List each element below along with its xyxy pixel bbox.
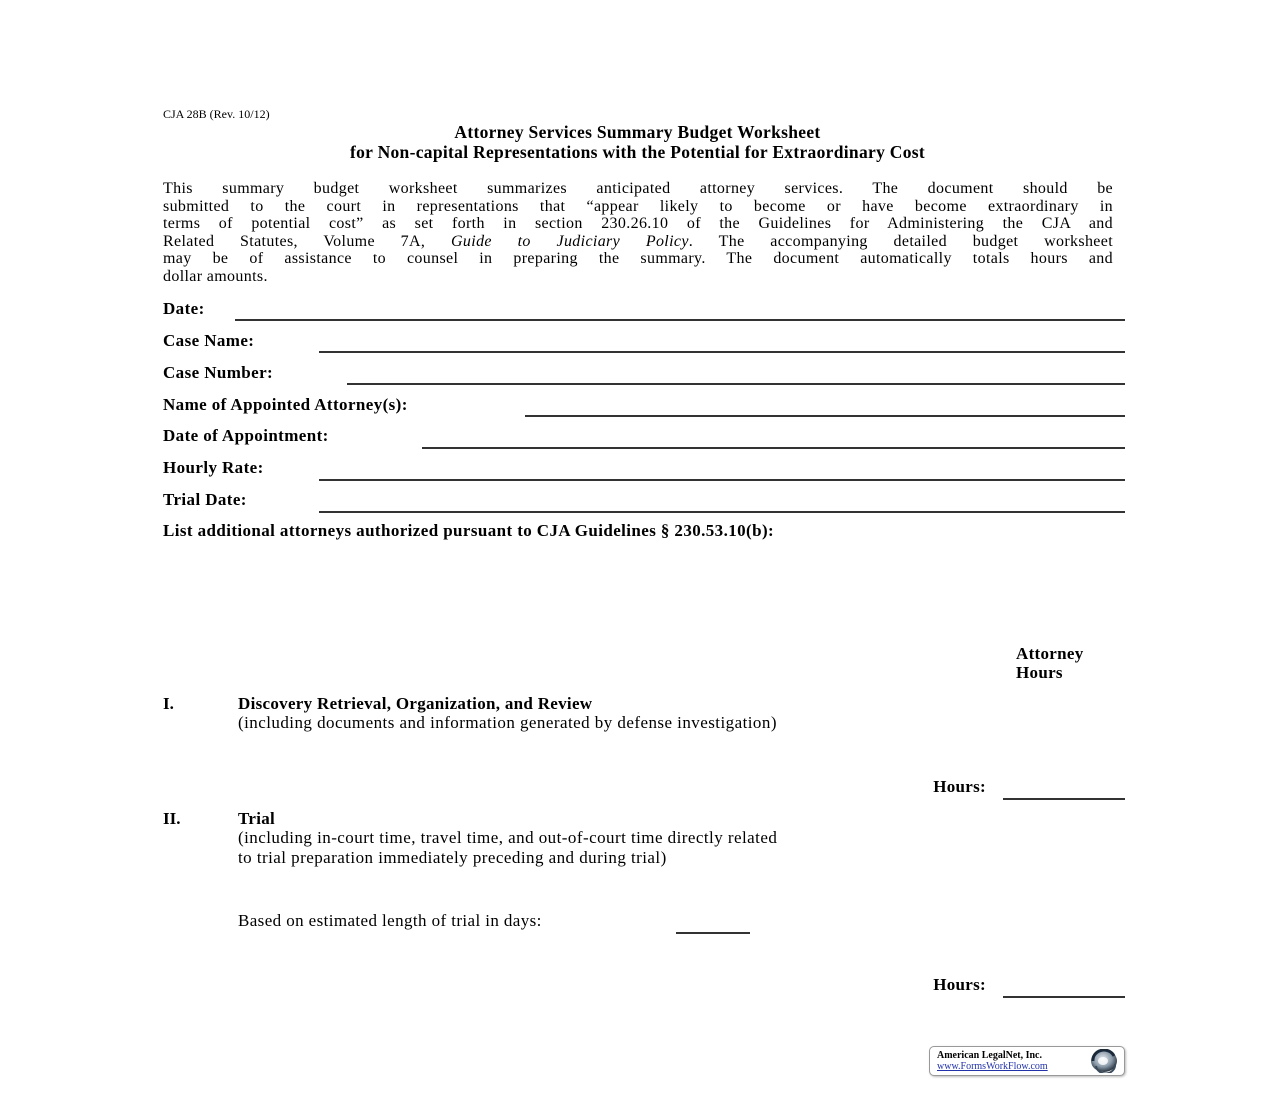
additional-attorneys-field[interactable] — [163, 548, 1125, 633]
discovery-hours-label: Hours: — [880, 777, 986, 797]
intro-text: Related Statutes, Volume 7A, — [163, 233, 451, 250]
column-header-line: Attorney — [1016, 644, 1084, 663]
hourly-rate-label: Hourly Rate: — [163, 458, 264, 478]
additional-attorneys-label: List additional attorneys authorized pur… — [163, 521, 774, 541]
intro-text: . The accompanying detailed budget works… — [689, 233, 1113, 250]
page-subtitle: for Non-capital Representations with the… — [0, 142, 1275, 163]
globe-logo-icon — [1088, 1049, 1120, 1073]
case-name-field[interactable] — [319, 351, 1125, 353]
intro-line: may be of assistance to counsel in prepa… — [163, 250, 1113, 268]
intro-line: submitted to the court in representation… — [163, 198, 1113, 216]
trial-date-label: Trial Date: — [163, 490, 247, 510]
section-description: (including in-court time, travel time, a… — [238, 828, 777, 867]
intro-line: terms of potential cost” as set forth in… — [163, 215, 1113, 233]
trial-days-label: Based on estimated length of trial in da… — [238, 911, 542, 931]
case-number-label: Case Number: — [163, 363, 273, 383]
guide-title: Guide to Judiciary Policy — [451, 233, 689, 250]
discovery-hours-field[interactable] — [1003, 798, 1125, 800]
trial-hours-label: Hours: — [880, 975, 986, 995]
appointed-attorneys-field[interactable] — [525, 415, 1125, 417]
appointed-attorneys-label: Name of Appointed Attorney(s): — [163, 395, 408, 415]
trial-hours-field[interactable] — [1003, 996, 1125, 998]
section-description-line: (including in-court time, travel time, a… — [238, 828, 777, 848]
case-name-label: Case Name: — [163, 331, 254, 351]
intro-paragraph: This summary budget worksheet summarizes… — [163, 180, 1113, 286]
date-field[interactable] — [235, 319, 1125, 321]
trial-date-field[interactable] — [319, 511, 1125, 513]
section-description: (including documents and information gen… — [238, 713, 777, 733]
form-id: CJA 28B (Rev. 10/12) — [163, 107, 270, 122]
hourly-rate-field[interactable] — [319, 479, 1125, 481]
badge-company: American LegalNet, Inc. — [937, 1050, 1042, 1061]
trial-days-field[interactable] — [676, 932, 750, 934]
page-title: Attorney Services Summary Budget Workshe… — [0, 122, 1275, 143]
section-number: II. — [163, 809, 180, 829]
american-legalnet-badge[interactable]: American LegalNet, Inc. www.FormsWorkFlo… — [929, 1046, 1125, 1076]
date-label: Date: — [163, 299, 205, 319]
date-of-appointment-label: Date of Appointment: — [163, 426, 329, 446]
intro-line: Related Statutes, Volume 7A, Guide to Ju… — [163, 233, 1113, 251]
attorney-hours-column-header: Attorney Hours — [1016, 644, 1084, 682]
column-header-line: Hours — [1016, 663, 1084, 682]
badge-url-link[interactable]: www.FormsWorkFlow.com — [937, 1061, 1048, 1072]
case-number-field[interactable] — [347, 383, 1125, 385]
section-title-trial: Trial — [238, 809, 275, 829]
date-of-appointment-field[interactable] — [422, 447, 1125, 449]
section-title-discovery: Discovery Retrieval, Organization, and R… — [238, 694, 592, 714]
section-description-line: to trial preparation immediately precedi… — [238, 848, 777, 868]
intro-line: dollar amounts. — [163, 268, 1113, 286]
intro-line: This summary budget worksheet summarizes… — [163, 180, 1113, 198]
section-number: I. — [163, 694, 174, 714]
